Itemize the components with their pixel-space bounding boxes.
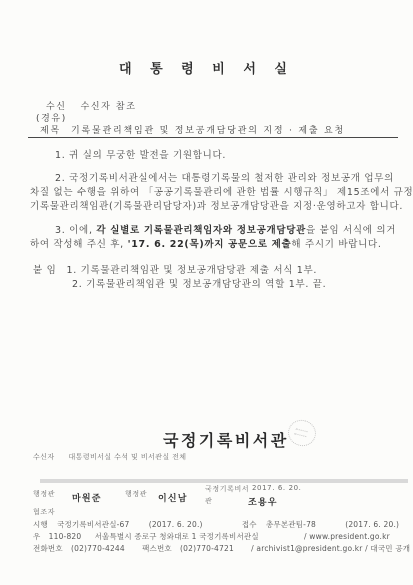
issue-receipt-line: 시행 국정기록비서관실-67 (2017. 6. 20.) 접수 총무본관팀-7…: [33, 519, 399, 530]
fax-label: 팩스번호: [142, 544, 172, 553]
official-letter-page: 대 통 령 비 서 실 수신수신자 참조 (경유) 제목기록물관리책임관 및 정…: [0, 0, 413, 585]
attachment-item-1: 1. 기록물관리책임관 및 정보공개담당관 제출 서식 1부.: [66, 265, 317, 276]
paragraph-2-line1: 2. 국정기록비서관실에서는 대통령기록물의 철저한 관리와 정보공개 업무의: [55, 170, 394, 184]
attachment-label: 붙 임: [33, 265, 56, 276]
website-url: / www.president.go.kr: [304, 532, 390, 541]
recipients-line: 수신자대통령비서실 수석 및 비서관실 전체: [33, 452, 186, 462]
secretary-date: 2017. 6. 20.: [252, 484, 302, 492]
secretary-name: 조용우: [248, 495, 278, 508]
postcode-value: 110-820: [49, 532, 82, 541]
recipients-value: 대통령비서실 수석 및 비서관실 전체: [69, 453, 187, 461]
officer1-name: 마원준: [72, 491, 102, 504]
issuer-stamp-text: 국정기록비서관: [163, 428, 289, 451]
approval-top-bar: [40, 479, 408, 483]
paragraph-3-line1-pre: 3. 이에,: [55, 225, 96, 236]
contact-line: 전화번호 (02)770-4244 팩스번호 (02)770-4721 / ar…: [33, 543, 410, 554]
paragraph-3-line2: 하여 작성해 주신 후, '17. 6. 22(목)까지 공문으로 제출해 주시…: [30, 236, 382, 250]
subject-value: 기록물관리책임관 및 정보공개담당관의 지정 · 제출 요청: [71, 126, 345, 136]
subject-divider: [28, 137, 398, 138]
paragraph-3-line1-post: 을 붙임 서식에 의거: [306, 225, 396, 236]
to-value: 수신자 참조: [81, 102, 137, 112]
telephone-label: 전화번호: [33, 544, 63, 553]
officer1-role: 행정관: [33, 489, 55, 499]
org-title: 대 통 령 비 서 실: [0, 58, 413, 77]
telephone-number: (02)770-4244: [71, 544, 125, 553]
paragraph-3-line1: 3. 이에, 각 실별로 기록물관리책임자와 정보공개담당관을 붙임 서식에 의…: [55, 222, 396, 236]
cooperator-label: 협조자: [33, 507, 55, 517]
subject-label: 제목: [40, 126, 61, 136]
paragraph-3-line2-post: 해 주시기 바랍니다.: [291, 239, 381, 250]
attachment-line1: 붙 임1. 기록물관리책임관 및 정보공개담당관 제출 서식 1부.: [33, 262, 317, 276]
receipt-number: 총무본관팀-78: [266, 520, 316, 529]
postcode-label: 우: [33, 532, 40, 541]
issue-number: 국정기록비서관실-67: [57, 520, 129, 529]
attachment-item-2: 2. 기록물관리책임관 및 정보공개담당관의 역할 1부. 끝.: [72, 276, 326, 290]
officer2-name: 이신남: [158, 491, 188, 504]
address-value: 서울특별시 종로구 청와대로 1 국정기록비서관실: [95, 532, 259, 541]
official-seal-icon: [285, 417, 318, 449]
paragraph-1: 1. 귀 실의 무궁한 발전을 기원합니다.: [55, 147, 226, 161]
recipients-label: 수신자: [33, 453, 55, 461]
issue-label: 시행: [33, 520, 48, 529]
paragraph-2-line2: 차질 없는 수행을 위하여 「공공기록물관리에 관한 법률 시행규칙」 제15조…: [30, 184, 413, 198]
secretary-role-line2: 관: [205, 496, 212, 506]
officer2-role: 행정관: [125, 489, 147, 499]
paragraph-3-line1-bold: 각 실별로 기록물관리책임자와 정보공개담당관: [96, 225, 306, 236]
receipt-date: (2017. 6. 20.): [345, 520, 399, 529]
receipt-label: 접수: [242, 520, 257, 529]
email-disclosure-note: / archivist1@president.go.kr / 대국민 공개: [251, 544, 410, 553]
secretary-role-line1: 국정기록비서: [205, 484, 249, 494]
issue-date: (2017. 6. 20.): [149, 520, 203, 529]
fax-number: (02)770-4721: [180, 544, 234, 553]
paragraph-3-line2-bold: '17. 6. 22(목)까지 공문으로 제출: [128, 239, 292, 250]
paragraph-3-line2-pre: 하여 작성해 주신 후,: [30, 239, 128, 250]
paragraph-2-line3: 기록물관리책임관(기록물관리담당자)과 정보공개담당관을 지정·운영하고자 합니…: [30, 198, 403, 212]
subject-line: 제목기록물관리책임관 및 정보공개담당관의 지정 · 제출 요청: [40, 123, 345, 136]
address-line: 우 110-820 서울특별시 종로구 청와대로 1 국정기록비서관실 / ww…: [33, 531, 390, 542]
